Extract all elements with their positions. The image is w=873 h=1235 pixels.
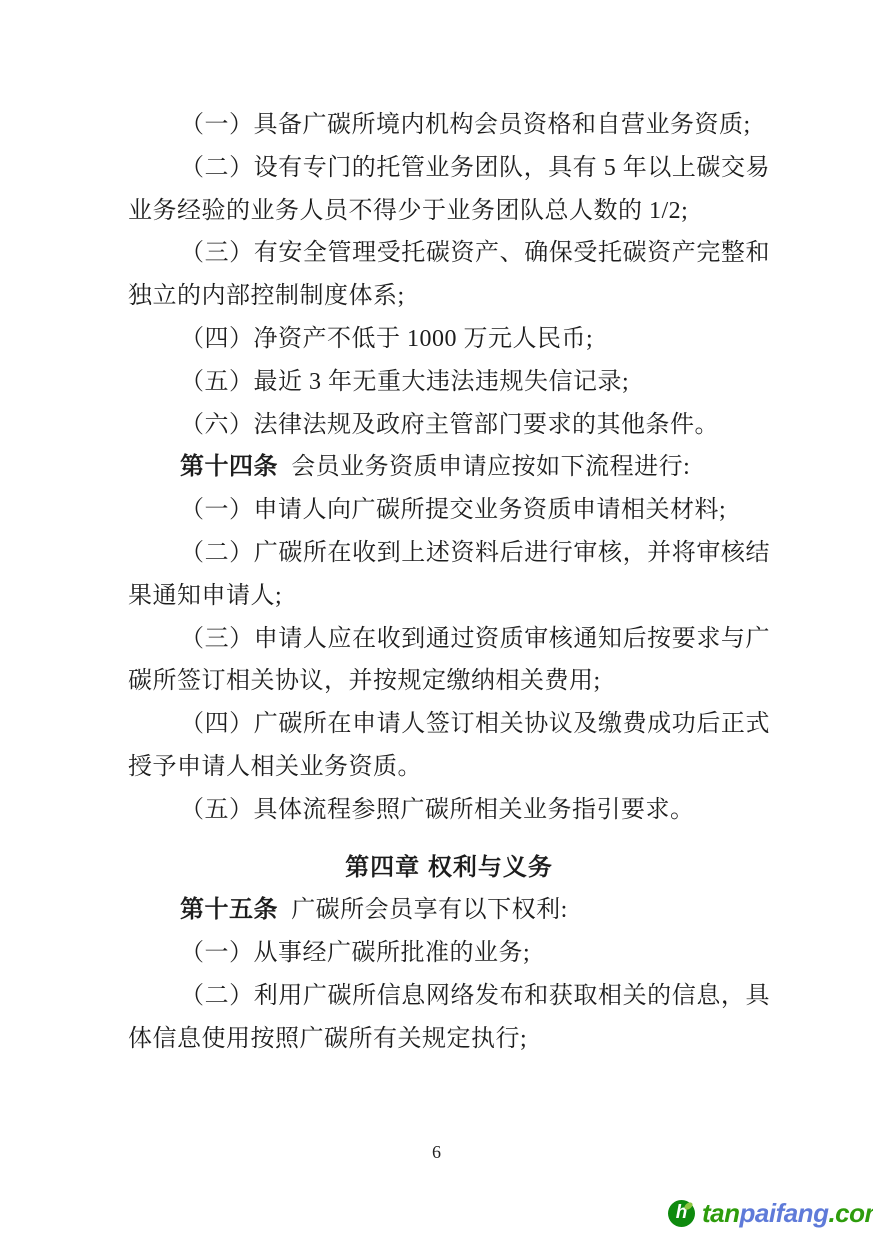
document-line: （二）利用广碳所信息网络发布和获取相关的信息，具 (128, 975, 770, 1018)
document-line: 业务经验的业务人员不得少于业务团队总人数的 1/2; (128, 190, 770, 233)
document-line: （四）广碳所在申请人签订相关协议及缴费成功后正式 (128, 703, 770, 746)
document-body: （一）具备广碳所境内机构会员资格和自营业务资质;（二）设有专门的托管业务团队，具… (128, 104, 770, 1061)
document-line: （三）有安全管理受托碳资产、确保受托碳资产完整和 (128, 232, 770, 275)
document-line: （三）申请人应在收到通过资质审核通知后按要求与广 (128, 618, 770, 661)
document-page: （一）具备广碳所境内机构会员资格和自营业务资质;（二）设有专门的托管业务团队，具… (0, 0, 873, 1235)
document-line: （六）法律法规及政府主管部门要求的其他条件。 (128, 404, 770, 447)
document-line: （一）从事经广碳所批准的业务; (128, 932, 770, 975)
document-line: 第十四条会员业务资质申请应按如下流程进行: (128, 446, 770, 489)
document-line: 授予申请人相关业务资质。 (128, 746, 770, 789)
chapter-heading: 第四章 权利与义务 (128, 847, 770, 890)
document-line: （五）最近 3 年无重大违法违规失信记录; (128, 361, 770, 404)
article-text: 广碳所会员享有以下权利: (291, 897, 568, 923)
watermark-part: .com (828, 1198, 873, 1228)
page-number: 6 (0, 1142, 873, 1163)
document-line: 第十五条广碳所会员享有以下权利: (128, 889, 770, 932)
article-number: 第十四条 (180, 454, 278, 480)
document-line: （二）设有专门的托管业务团队，具有 5 年以上碳交易 (128, 147, 770, 190)
document-line: 独立的内部控制制度体系; (128, 275, 770, 318)
article-number: 第十五条 (180, 897, 278, 923)
watermark-part: tan (702, 1198, 740, 1228)
document-line: （五）具体流程参照广碳所相关业务指引要求。 (128, 789, 770, 832)
watermark-text: tanpaifang.com (702, 1198, 873, 1229)
watermark-part: paifang (740, 1198, 829, 1228)
tanpaifang-logo-icon: h (668, 1200, 695, 1227)
document-line: （一）具备广碳所境内机构会员资格和自营业务资质; (128, 104, 770, 147)
document-line: （二）广碳所在收到上述资料后进行审核，并将审核结 (128, 532, 770, 575)
document-line: 果通知申请人; (128, 575, 770, 618)
article-text: 会员业务资质申请应按如下流程进行: (291, 454, 690, 480)
document-line: 碳所签订相关协议，并按规定缴纳相关费用; (128, 660, 770, 703)
tanpaifang-watermark: h tanpaifang.com (668, 1198, 873, 1229)
document-line: （一）申请人向广碳所提交业务资质申请相关材料; (128, 489, 770, 532)
document-line: （四）净资产不低于 1000 万元人民币; (128, 318, 770, 361)
document-line: 体信息使用按照广碳所有关规定执行; (128, 1018, 770, 1061)
